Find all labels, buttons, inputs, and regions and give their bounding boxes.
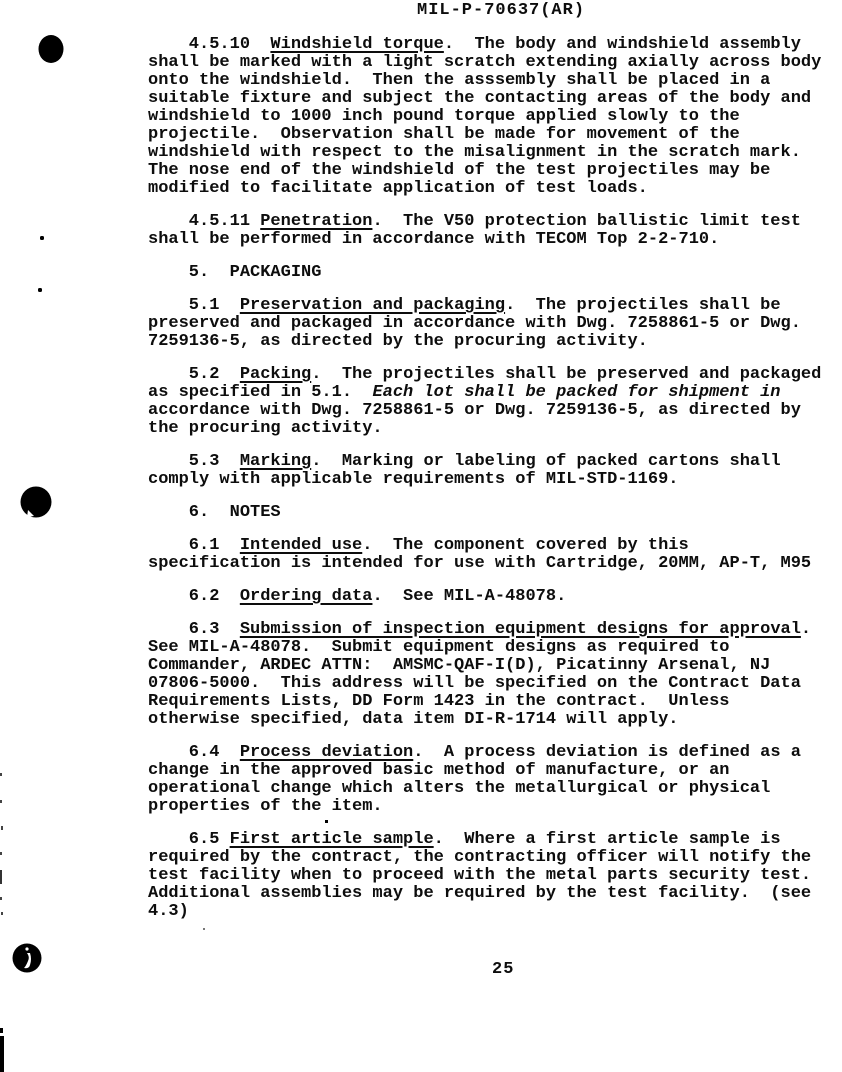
- text-segment: . The projectiles shall be preserved and…: [311, 365, 821, 384]
- ink-blob-middle: [21, 487, 52, 518]
- speck: [0, 897, 2, 900]
- text-segment: See MIL-A-48078. Submit equipment design…: [148, 638, 730, 657]
- text-segment: 5. PACKAGING: [148, 263, 321, 282]
- heading-5-packaging: 5. PACKAGING: [148, 264, 842, 282]
- text-segment: 5.3: [148, 452, 240, 471]
- speck: [1, 912, 3, 915]
- text-segment: . The component covered by this: [362, 536, 688, 555]
- text-segment: windshield with respect to the misalignm…: [148, 143, 801, 162]
- text-segment: 6.1: [148, 536, 240, 555]
- text-line: The nose end of the windshield of the te…: [148, 162, 842, 180]
- text-line: properties of the item.: [148, 798, 842, 816]
- text-segment: windshield to 1000 inch pound torque app…: [148, 107, 740, 126]
- para-5-2-packing: 5.2 Packing. The projectiles shall be pr…: [148, 366, 842, 438]
- text-segment: . The projectiles shall be: [505, 296, 780, 315]
- text-segment: 07806-5000. This address will be specifi…: [148, 674, 801, 693]
- speck: [0, 800, 2, 803]
- para-5-1-preservation-and-packaging: 5.1 Preservation and packaging. The proj…: [148, 297, 842, 351]
- text-segment: Each lot shall be packed for shipment in: [372, 383, 780, 402]
- text-segment: 6.4: [148, 743, 240, 762]
- speck: [40, 236, 44, 240]
- text-line: shall be performed in accordance with TE…: [148, 231, 842, 249]
- scanned-document-page: MIL-P-70637(AR) 4.5.10 Windshield torque…: [0, 0, 842, 1072]
- text-line: change in the approved basic method of m…: [148, 762, 842, 780]
- text-segment: . The body and windshield assembly: [444, 35, 801, 54]
- text-line: 6.5 First article sample. Where a first …: [148, 831, 842, 849]
- text-line: 7259136-5, as directed by the procuring …: [148, 333, 842, 351]
- underlined-text: Intended use: [240, 536, 362, 555]
- text-segment: .: [801, 620, 811, 639]
- text-segment: 5.1: [148, 296, 240, 315]
- text-line: windshield with respect to the misalignm…: [148, 144, 842, 162]
- underlined-text: Process deviation: [240, 743, 413, 762]
- text-segment: The nose end of the windshield of the te…: [148, 161, 770, 180]
- text-segment: 7259136-5, as directed by the procuring …: [148, 332, 648, 351]
- text-segment: onto the windshield. Then the asssembly …: [148, 71, 770, 90]
- text-segment: specification is intended for use with C…: [148, 554, 811, 573]
- underlined-text: Penetration: [260, 212, 372, 231]
- edge-line: [0, 1036, 4, 1072]
- heading-6-notes: 6. NOTES: [148, 504, 842, 522]
- text-line: preserved and packaged in accordance wit…: [148, 315, 842, 333]
- underlined-text: Preservation and packaging: [240, 296, 505, 315]
- para-6-4-process-deviation: 6.4 Process deviation. A process deviati…: [148, 744, 842, 816]
- text-segment: 4.5.10: [148, 35, 270, 54]
- text-line: 4.3): [148, 903, 842, 921]
- text-line: projectile. Observation shall be made fo…: [148, 126, 842, 144]
- text-segment: modified to facilitate application of te…: [148, 179, 648, 198]
- speck: [0, 870, 2, 884]
- text-segment: . A process deviation is defined as a: [413, 743, 801, 762]
- text-line: comply with applicable requirements of M…: [148, 471, 842, 489]
- text-segment: change in the approved basic method of m…: [148, 761, 730, 780]
- text-line: shall be marked with a light scratch ext…: [148, 54, 842, 72]
- text-segment: accordance with Dwg. 7258861-5 or Dwg. 7…: [148, 401, 801, 420]
- para-4-5-10-windshield-torque: 4.5.10 Windshield torque. The body and w…: [148, 36, 842, 198]
- text-segment: operational change which alters the meta…: [148, 779, 770, 798]
- text-segment: comply with applicable requirements of M…: [148, 470, 679, 489]
- text-segment: properties of the item.: [148, 797, 383, 816]
- text-line: test facility when to proceed with the m…: [148, 867, 842, 885]
- para-5-3-marking: 5.3 Marking. Marking or labeling of pack…: [148, 453, 842, 489]
- text-line: 6.2 Ordering data. See MIL-A-48078.: [148, 588, 842, 606]
- text-line: 07806-5000. This address will be specifi…: [148, 675, 842, 693]
- ink-blob-bottom: [13, 944, 42, 973]
- underlined-text: Ordering data: [240, 587, 373, 606]
- para-6-1-intended-use: 6.1 Intended use. The component covered …: [148, 537, 842, 573]
- text-segment: . Where a first article sample is: [434, 830, 781, 849]
- text-segment: shall be marked with a light scratch ext…: [148, 53, 821, 72]
- text-line: onto the windshield. Then the asssembly …: [148, 72, 842, 90]
- speck: [0, 852, 2, 855]
- text-line: the procuring activity.: [148, 420, 842, 438]
- text-line: See MIL-A-48078. Submit equipment design…: [148, 639, 842, 657]
- text-line: 6.3 Submission of inspection equipment d…: [148, 621, 842, 639]
- text-line: required by the contract, the contractin…: [148, 849, 842, 867]
- text-line: 5.3 Marking. Marking or labeling of pack…: [148, 453, 842, 471]
- text-line: 5.2 Packing. The projectiles shall be pr…: [148, 366, 842, 384]
- underlined-text: First article sample: [230, 830, 434, 849]
- page-number: 25: [492, 960, 514, 979]
- para-6-5-first-article-sample: 6.5 First article sample. Where a first …: [148, 831, 842, 921]
- text-segment: as specified in 5.1.: [148, 383, 372, 402]
- text-line: otherwise specified, data item DI-R-1714…: [148, 711, 842, 729]
- text-segment: . See MIL-A-48078.: [372, 587, 566, 606]
- text-segment: . The V50 protection ballistic limit tes…: [372, 212, 800, 231]
- text-line: 6. NOTES: [148, 504, 842, 522]
- text-line: suitable fixture and subject the contact…: [148, 90, 842, 108]
- text-segment: 4.3): [148, 902, 189, 921]
- text-segment: 6. NOTES: [148, 503, 281, 522]
- text-segment: otherwise specified, data item DI-R-1714…: [148, 710, 679, 729]
- document-body: 4.5.10 Windshield torque. The body and w…: [148, 36, 842, 936]
- text-segment: 6.5: [148, 830, 230, 849]
- text-line: 6.4 Process deviation. A process deviati…: [148, 744, 842, 762]
- underlined-text: Submission of inspection equipment desig…: [240, 620, 801, 639]
- text-line: accordance with Dwg. 7258861-5 or Dwg. 7…: [148, 402, 842, 420]
- text-segment: 5.2: [148, 365, 240, 384]
- text-line: 6.1 Intended use. The component covered …: [148, 537, 842, 555]
- text-line: 5.1 Preservation and packaging. The proj…: [148, 297, 842, 315]
- text-line: 5. PACKAGING: [148, 264, 842, 282]
- speck: [0, 773, 2, 776]
- text-segment: required by the contract, the contractin…: [148, 848, 811, 867]
- para-4-5-11-penetration: 4.5.11 Penetration. The V50 protection b…: [148, 213, 842, 249]
- text-line: 4.5.11 Penetration. The V50 protection b…: [148, 213, 842, 231]
- speck: [1, 826, 3, 830]
- text-line: specification is intended for use with C…: [148, 555, 842, 573]
- text-segment: test facility when to proceed with the m…: [148, 866, 811, 885]
- text-segment: preserved and packaged in accordance wit…: [148, 314, 801, 333]
- text-line: Additional assemblies may be required by…: [148, 885, 842, 903]
- text-line: operational change which alters the meta…: [148, 780, 842, 798]
- text-segment: . Marking or labeling of packed cartons …: [311, 452, 780, 471]
- text-segment: Requirements Lists, DD Form 1423 in the …: [148, 692, 730, 711]
- text-segment: Additional assemblies may be required by…: [148, 884, 811, 903]
- ink-blob-top: [39, 35, 64, 63]
- text-line: modified to facilitate application of te…: [148, 180, 842, 198]
- text-segment: 6.3: [148, 620, 240, 639]
- underlined-text: Windshield torque: [270, 35, 443, 54]
- text-segment: suitable fixture and subject the contact…: [148, 89, 811, 108]
- text-segment: shall be performed in accordance with TE…: [148, 230, 719, 249]
- text-line: Commander, ARDEC ATTN: AMSMC-QAF-I(D), P…: [148, 657, 842, 675]
- text-segment: Commander, ARDEC ATTN: AMSMC-QAF-I(D), P…: [148, 656, 770, 675]
- para-6-3-submission-of-inspection-equipment-designs: 6.3 Submission of inspection equipment d…: [148, 621, 842, 729]
- para-6-2-ordering-data: 6.2 Ordering data. See MIL-A-48078.: [148, 588, 842, 606]
- document-id-header: MIL-P-70637(AR): [417, 1, 585, 20]
- speck: [0, 1028, 3, 1033]
- text-line: Requirements Lists, DD Form 1423 in the …: [148, 693, 842, 711]
- text-segment: 4.5.11: [148, 212, 260, 231]
- text-line: as specified in 5.1. Each lot shall be p…: [148, 384, 842, 402]
- speck: [38, 288, 42, 292]
- text-line: 4.5.10 Windshield torque. The body and w…: [148, 36, 842, 54]
- text-segment: 6.2: [148, 587, 240, 606]
- underlined-text: Packing: [240, 365, 311, 384]
- text-line: windshield to 1000 inch pound torque app…: [148, 108, 842, 126]
- underlined-text: Marking: [240, 452, 311, 471]
- text-segment: the procuring activity.: [148, 419, 383, 438]
- text-segment: projectile. Observation shall be made fo…: [148, 125, 740, 144]
